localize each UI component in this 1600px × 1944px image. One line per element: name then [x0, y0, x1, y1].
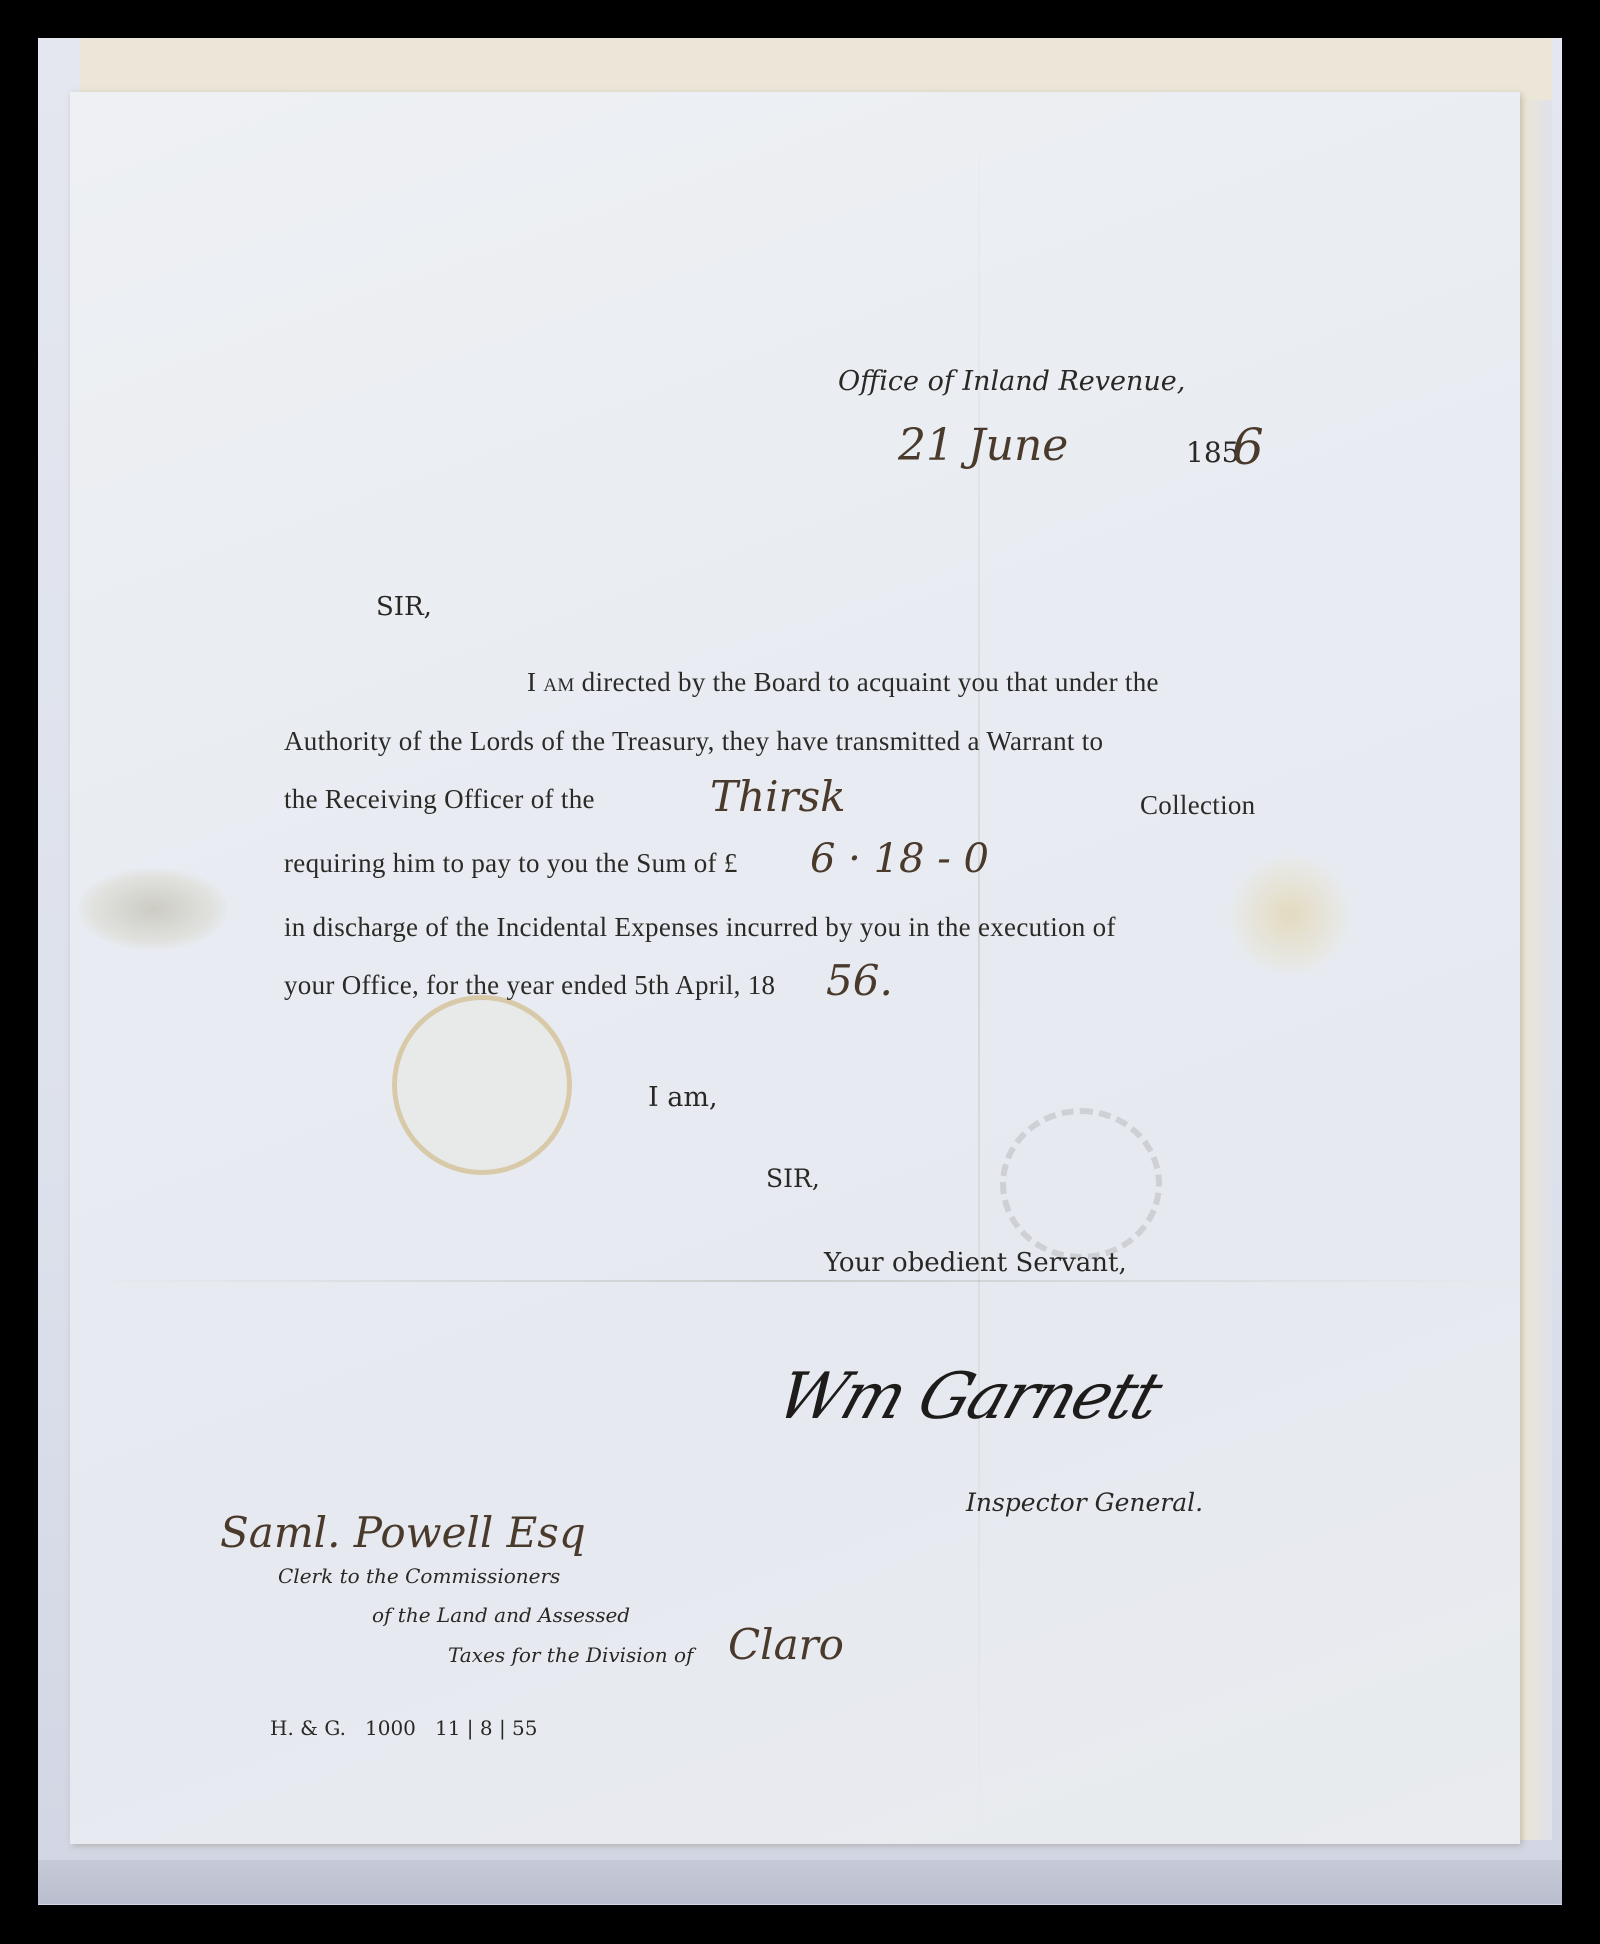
postmark-stamp — [392, 995, 572, 1175]
body-line-1-cap: I — [527, 667, 536, 697]
handwritten-year-digit: 6 — [1232, 418, 1264, 476]
body-line-3-prefix: the Receiving Officer of the — [284, 784, 595, 815]
signatory-title: Inspector General. — [966, 1488, 1203, 1517]
handwritten-addressee-name: Saml. Powell Esq — [220, 1508, 586, 1557]
addressee-line-2: of the Land and Assessed — [372, 1603, 630, 1627]
body-line-1-smallcaps: am — [543, 667, 574, 697]
handwritten-year-ended: 56. — [826, 956, 893, 1005]
fold-line-vertical — [978, 92, 980, 1844]
body-line-1: I am directed by the Board to acquaint y… — [527, 667, 1159, 698]
handwritten-date: 21 June — [898, 420, 1068, 471]
printer-mark: H. & G. 1000 11 | 8 | 55 — [270, 1716, 538, 1740]
body-line-3-suffix: Collection — [1140, 790, 1255, 821]
body-line-1-rest: directed by the Board to acquaint you th… — [582, 667, 1159, 697]
body-line-5: in discharge of the Incidental Expenses … — [284, 912, 1116, 943]
closing-servant: Your obedient Servant, — [824, 1248, 1127, 1278]
signature: Wm Garnett — [768, 1360, 1169, 1434]
office-heading: Office of Inland Revenue, — [838, 366, 1185, 397]
postmark-stamp — [1000, 1108, 1162, 1260]
handwritten-collection: Thirsk — [710, 772, 846, 821]
addressee-line-1: Clerk to the Commissioners — [278, 1564, 560, 1588]
stain-mark — [78, 868, 228, 950]
body-line-2: Authority of the Lords of the Treasury, … — [284, 726, 1103, 757]
handwritten-division: Claro — [728, 1620, 844, 1669]
handwritten-amount: 6 · 18 - 0 — [810, 836, 989, 882]
body-line-4-prefix: requiring him to pay to you the Sum of £ — [284, 848, 738, 879]
stain-mark — [1230, 855, 1350, 975]
sleeve-bottom-edge — [38, 1860, 1562, 1904]
closing-sir: SIR, — [766, 1164, 820, 1193]
fold-line-horizontal — [70, 1280, 1520, 1282]
body-line-6-prefix: your Office, for the year ended 5th Apri… — [284, 970, 775, 1001]
addressee-line-3: Taxes for the Division of — [448, 1643, 693, 1667]
closing-i-am: I am, — [648, 1082, 718, 1113]
salutation: SIR, — [376, 592, 432, 622]
